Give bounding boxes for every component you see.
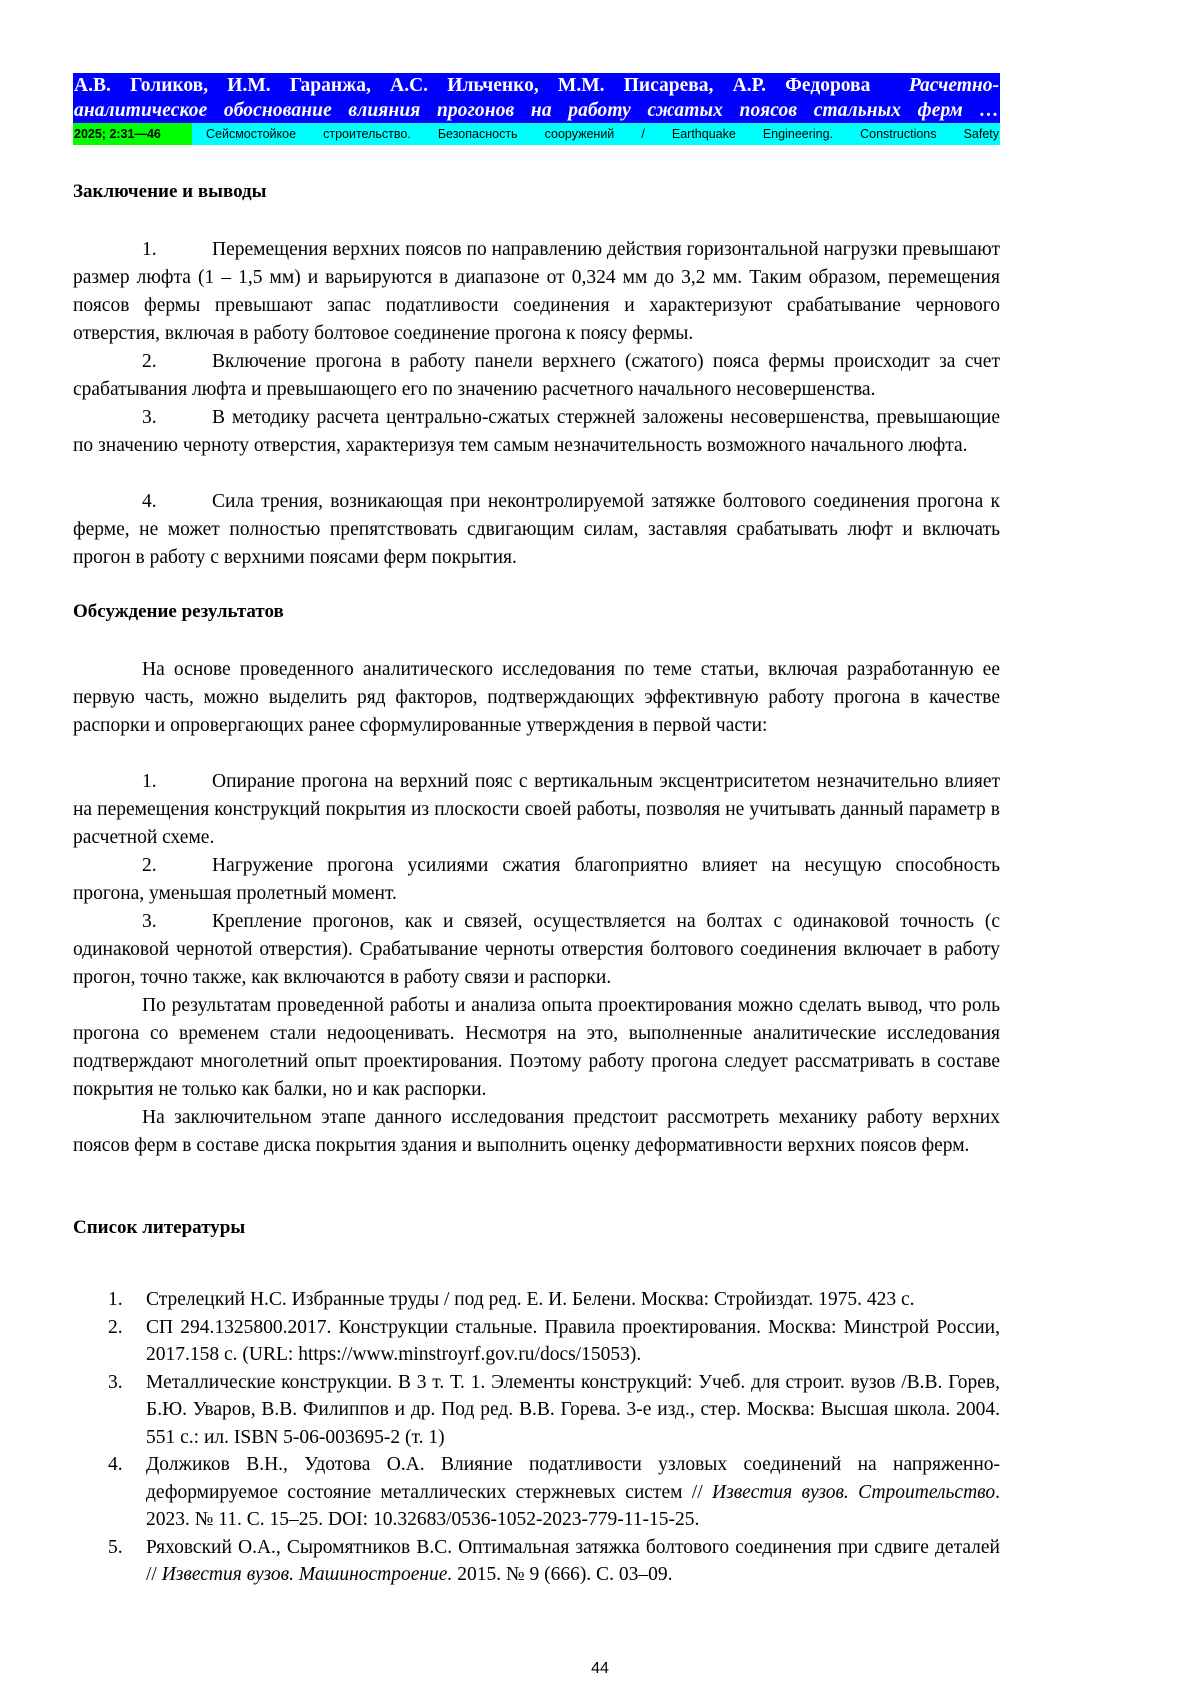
header-title-start: Расчетно- [909, 75, 999, 96]
heading-conclusions: Заключение и выводы [73, 180, 266, 204]
conclusion-item: 1.Перемещения верхних поясов по направле… [73, 236, 1000, 348]
journal-title: Известия вузов. Строительство [712, 1482, 995, 1503]
reference-item: 5.Ряховский О.А., Сыромятников В.С. Опти… [108, 1534, 1000, 1589]
conclusion-item: 2.Включение прогона в работу панели верх… [73, 348, 1000, 404]
heading-discussion: Обсуждение результатов [73, 600, 284, 624]
reference-item: 2.СП 294.1325800.2017. Конструкции сталь… [108, 1314, 1000, 1369]
reference-link-text: СП 294.1325800.2017. Конструкции стальны… [146, 1317, 1000, 1366]
header-title-rest: аналитическое обоснование влияния прогон… [73, 98, 1000, 123]
conclusion-item: 3.В методику расчета центрально-сжатых с… [73, 404, 1000, 460]
discussion-item: 1.Опирание прогона на верхний пояс с вер… [73, 768, 1000, 852]
reference-item: 4.Должиков В.Н., Удотова О.А. Влияние по… [108, 1451, 1000, 1534]
discussion-paragraph: По результатам проведенной работы и анал… [73, 992, 1000, 1104]
discussion-intro: На основе проведенного аналитического ис… [73, 656, 1000, 740]
reference-list: 1.Стрелецкий Н.С. Избранные труды / под … [108, 1286, 1000, 1589]
discussion-paragraph: На заключительном этапе данного исследов… [73, 1104, 1000, 1160]
journal-title: Известия вузов. Машиностроение. [162, 1564, 453, 1585]
issue-info: 2025; 2:31—46 [73, 123, 192, 145]
discussion-item: 3.Крепление прогонов, как и связей, осущ… [73, 908, 1000, 992]
discussion-item: 2.Нагружение прогона усилиями сжатия бла… [73, 852, 1000, 908]
journal-name: Сейсмостойкое строительство. Безопасност… [192, 123, 1000, 145]
header-journal-bar: 2025; 2:31—46 Сейсмостойкое строительств… [73, 123, 1000, 145]
page-number: 44 [0, 1660, 1200, 1678]
header-authors: А.В. Голиков, И.М. Гаранжа, А.С. Ильченк… [74, 75, 870, 96]
header-authors-line: А.В. Голиков, И.М. Гаранжа, А.С. Ильченк… [73, 73, 1000, 98]
conclusion-item: 4.Сила трения, возникающая при неконтрол… [73, 488, 1000, 572]
reference-item: 3.Металлические конструкции. В 3 т. Т. 1… [108, 1369, 1000, 1452]
reference-item: 1.Стрелецкий Н.С. Избранные труды / под … [108, 1286, 1000, 1314]
heading-references: Список литературы [73, 1216, 245, 1240]
running-header: А.В. Голиков, И.М. Гаранжа, А.С. Ильченк… [73, 73, 1000, 145]
